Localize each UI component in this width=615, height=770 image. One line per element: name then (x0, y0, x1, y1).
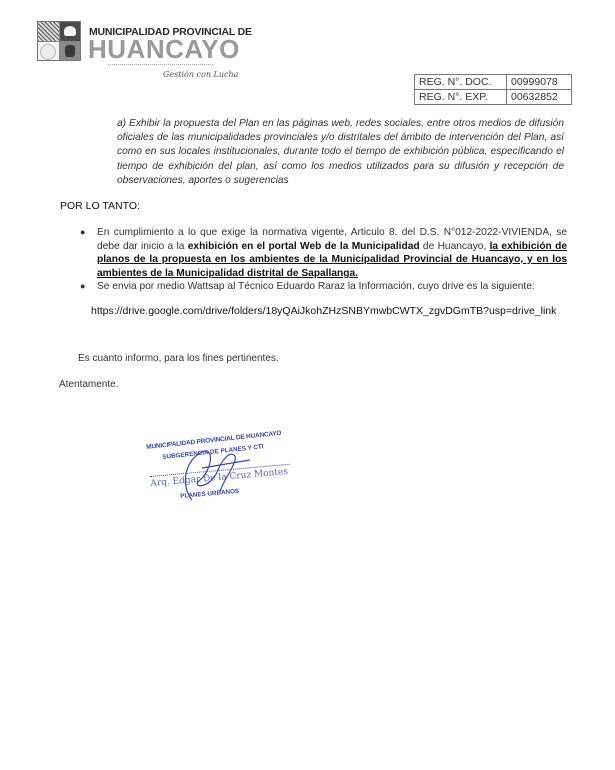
registry-label: REG. N°. EXP. (415, 90, 507, 105)
org-motto: Gestión con Lucha (163, 70, 238, 79)
closing-text: Es cuanto informo, para los fines pertin… (78, 353, 279, 364)
bullet-icon: ● (80, 280, 85, 294)
registry-label: REG. N°. DOC. (415, 75, 507, 90)
signature-icon (140, 430, 340, 520)
official-stamp: MUNICIPALIDAD PROVINCIAL DE HUANCAYO SUB… (140, 430, 340, 520)
list-item: ● Se envia por medio Wattsap al Técnico … (80, 280, 567, 294)
logo-divider (108, 64, 213, 66)
registry-value: 00632852 (507, 90, 572, 105)
registry-value: 00999078 (507, 75, 572, 90)
registry-table: REG. N°. DOC. 00999078 REG. N°. EXP. 006… (414, 74, 572, 105)
drive-link[interactable]: https://drive.google.com/drive/folders/1… (91, 305, 556, 317)
emblem-quadrant (60, 42, 81, 61)
bullet-icon: ● (80, 226, 85, 240)
bullet-text: de Huancayo, (420, 241, 490, 252)
paragraph-a: a) Exhibir la propuesta del Plan en las … (117, 117, 564, 188)
salutation: Atentamente. (59, 379, 118, 390)
bullet-list: ● En cumplimiento a lo que exige la norm… (80, 226, 567, 294)
emblem-quadrant (38, 22, 59, 41)
emblem-quadrant (38, 42, 59, 61)
bullet-text: Se envia por medio Wattsap al Técnico Ed… (97, 281, 535, 292)
registry-row: REG. N°. DOC. 00999078 (415, 75, 572, 90)
org-name-line2: HUANCAYO (88, 36, 240, 62)
bullet-bold-text: exhibición en el portal Web de la Munici… (188, 241, 420, 252)
emblem-quadrant (60, 22, 81, 41)
list-item: ● En cumplimiento a lo que exige la norm… (80, 226, 567, 280)
section-heading: POR LO TANTO: (60, 200, 140, 212)
registry-row: REG. N°. EXP. 00632852 (415, 90, 572, 105)
municipal-coat-of-arms-icon (37, 21, 81, 61)
